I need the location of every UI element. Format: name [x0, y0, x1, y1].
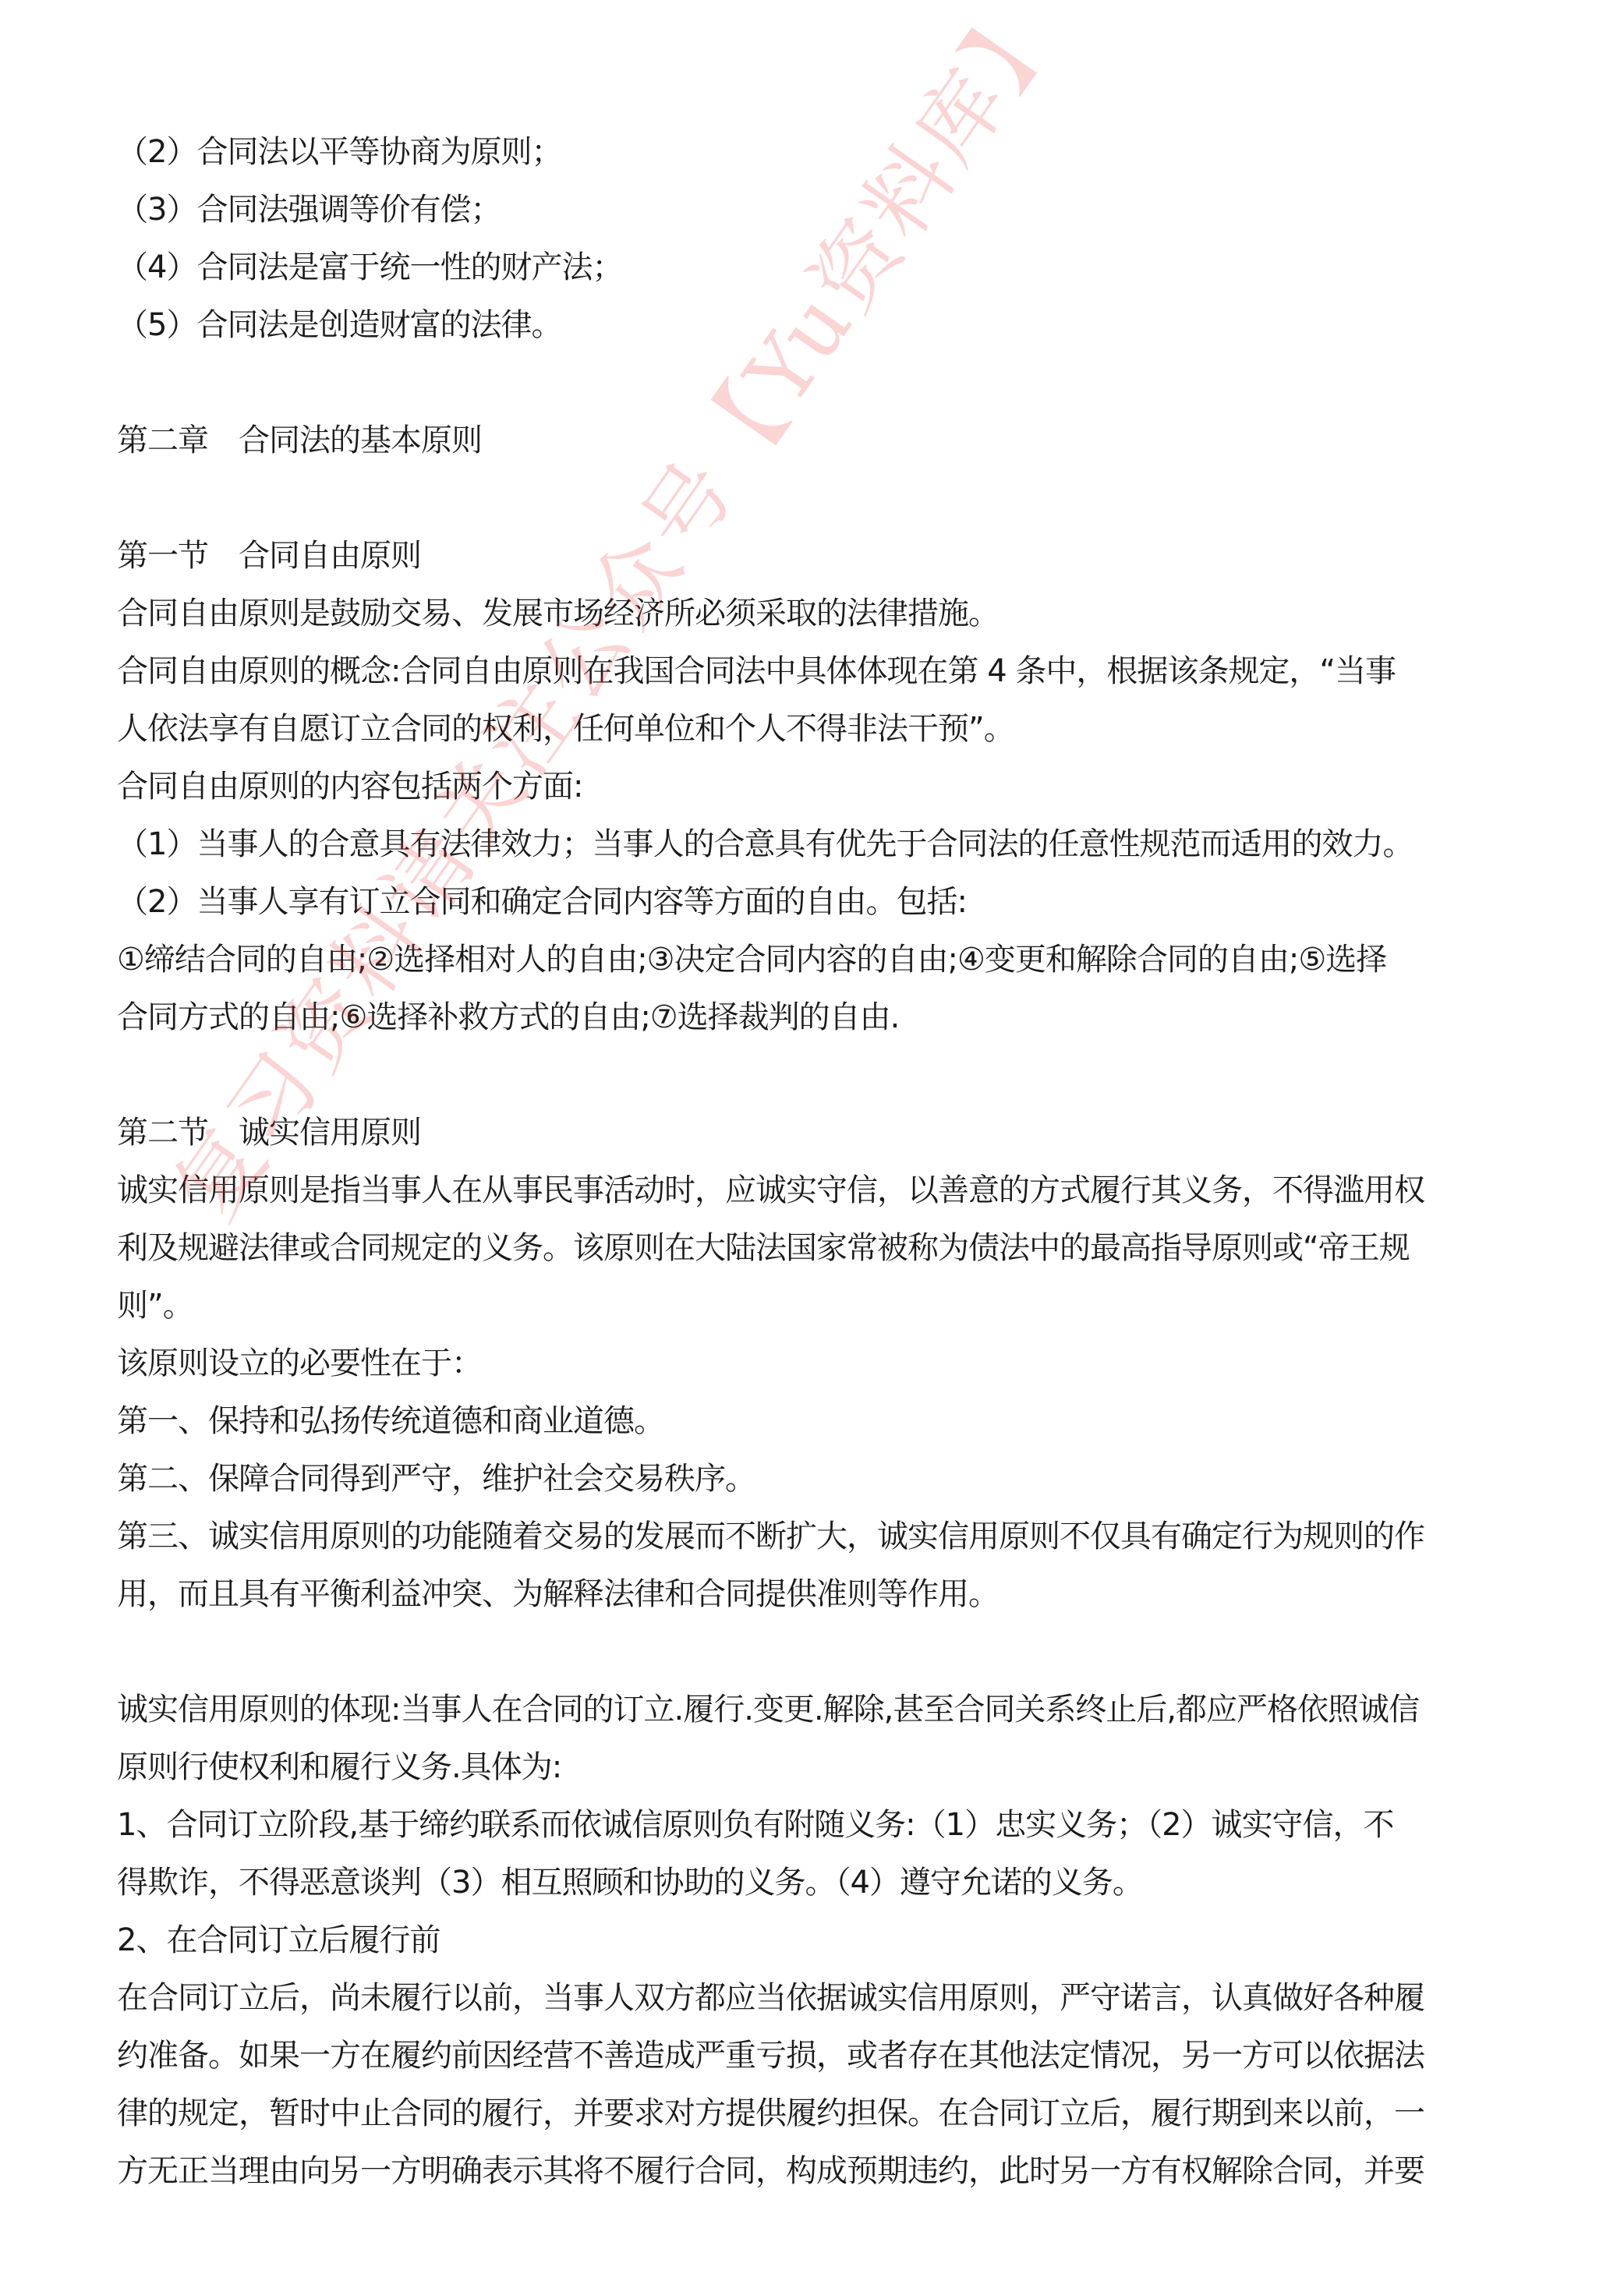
section-title: 第二节 诚实信用原则	[117, 1104, 421, 1162]
paragraph-line: 第一、保持和弘扬传统道德和商业道德。	[117, 1392, 664, 1450]
paragraph-line: 合同自由原则的概念:合同自由原则在我国合同法中具体体现在第 4 条中，根据该条规…	[117, 642, 1396, 700]
paragraph-line: 律的规定，暂时中止合同的履行，并要求对方提供履约担保。在合同订立后，履行期到来以…	[117, 2085, 1424, 2142]
paragraph-line: ①缔结合同的自由;②选择相对人的自由;③决定合同内容的自由;④变更和解除合同的自…	[117, 931, 1386, 988]
paragraph-line: 第三、诚实信用原则的功能随着交易的发展而不断扩大，诚实信用原则不仅具有确定行为规…	[117, 1508, 1424, 1565]
section-title: 第一节 合同自由原则	[117, 527, 421, 585]
paragraph-line: 在合同订立后，尚未履行以前，当事人双方都应当依据诚实信用原则，严守诺言，认真做好…	[117, 1969, 1424, 2027]
paragraph-line: 2、在合同订立后履行前	[117, 1911, 440, 1969]
paragraph-line: 人依法享有自愿订立合同的权利，任何单位和个人不得非法干预”。	[117, 700, 1014, 758]
paragraph-line: （2）当事人享有订立合同和确定合同内容等方面的自由。包括:	[117, 873, 967, 931]
paragraph-line: 约准备。如果一方在履约前因经营不善造成严重亏损，或者存在其他法定情况，另一方可以…	[117, 2027, 1424, 2085]
paragraph-line: 合同自由原则的内容包括两个方面:	[117, 758, 582, 815]
list-item: （3）合同法强调等价有偿；	[117, 181, 501, 239]
paragraph-line: 方无正当理由向另一方明确表示其将不履行合同，构成预期违约，此时另一方有权解除合同…	[117, 2142, 1424, 2200]
paragraph-line: 1、合同订立阶段,基于缔约联系而依诚信原则负有附随义务:（1）忠实义务；（2）诚…	[117, 1796, 1394, 1854]
paragraph-line: 诚实信用原则的体现:当事人在合同的订立.履行.变更.解除,甚至合同关系终止后,都…	[117, 1681, 1419, 1738]
chapter-title: 第二章 合同法的基本原则	[117, 412, 482, 469]
list-item: （2）合同法以平等协商为原则；	[117, 123, 561, 181]
paragraph-line: 则”。	[117, 1277, 193, 1335]
list-item: （4）合同法是富于统一性的财产法；	[117, 239, 622, 296]
paragraph-line: 该原则设立的必要性在于：	[117, 1335, 482, 1392]
paragraph-line: 诚实信用原则是指当事人在从事民事活动时，应诚实守信，以善意的方式履行其义务，不得…	[117, 1162, 1424, 1219]
paragraph-line: （1）当事人的合意具有法律效力；当事人的合意具有优先于合同法的任意性规范而适用的…	[117, 815, 1413, 873]
list-item: （5）合同法是创造财富的法律。	[117, 296, 561, 354]
paragraph-line: 利及规避法律或合同规定的义务。该原则在大陆法国家常被称为债法中的最高指导原则或“…	[117, 1219, 1410, 1277]
paragraph-line: 用，而且具有平衡利益冲突、为解释法律和合同提供准则等作用。	[117, 1565, 999, 1623]
paragraph-line: 原则行使权利和履行义务.具体为:	[117, 1738, 561, 1796]
paragraph-line: 得欺诈，不得恶意谈判（3）相互照顾和协助的义务。（4）遵守允诺的义务。	[117, 1854, 1143, 1911]
paragraph-line: 合同自由原则是鼓励交易、发展市场经济所必须采取的法律措施。	[117, 585, 999, 642]
paragraph-line: 合同方式的自由;⑥选择补救方式的自由;⑦选择裁判的自由.	[117, 988, 899, 1046]
paragraph-line: 第二、保障合同得到严守，维护社会交易秩序。	[117, 1450, 755, 1508]
